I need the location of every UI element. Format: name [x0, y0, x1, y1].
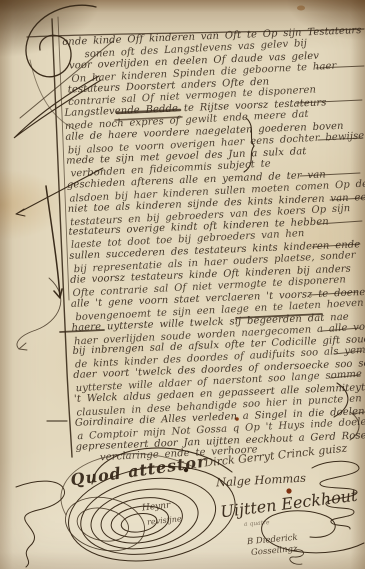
manuscript-text-block: onde kinde Off kinderen van Oft te Op si… — [62, 26, 365, 466]
bottom-left-scribble — [16, 481, 65, 567]
manuscript-page: onde kinde Off kinderen van Oft te Op si… — [0, 0, 365, 569]
